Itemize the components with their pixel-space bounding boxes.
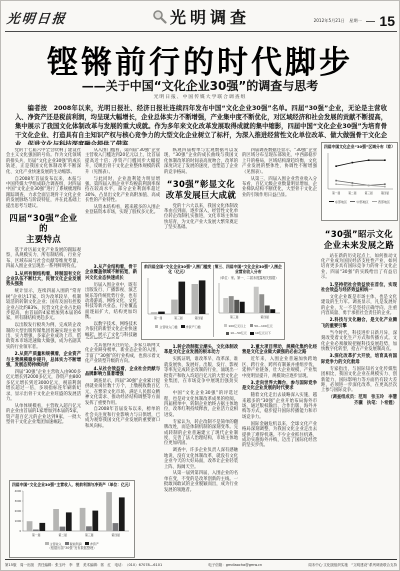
legend-swatch: [350, 201, 355, 202]
body-paragraph: 文化企业既是市场主体，也是文化建设的生力军。调查显示，凡是发展好的企业，无一不是…: [321, 295, 397, 317]
chart-legend-item: 10—50亿元: [226, 331, 247, 335]
body-paragraph: 中国“文化企业30强”的评选过程，也是对文化体制改革成果的检阅。四届榜单中，转制…: [164, 391, 238, 418]
legend-swatch: [329, 201, 334, 202]
numbered-lead: 1.从所有制结构看，转制国有文化企业队伍不断壮大，民营文化企业发展势头强劲: [6, 272, 81, 288]
editor-note-text: 编者按 2008年以来，光明日报社、经济日报社连续四年发布中国“文化企业30强”…: [15, 104, 387, 145]
chart-divider: [213, 265, 214, 337]
svg-text:第四届: 第四届: [112, 533, 121, 537]
body-paragraph: 纵观四届榜单与宏观数据可以发现，“30强”企业的成长曲线与我国文化体制改革的时间…: [164, 148, 238, 175]
chart-middle-box: 前四届全国“文化企业30强”入围门槛变化（亿元）第一届第三届第四届主营收入门槛净…: [141, 262, 285, 340]
section-heading-line: 主要特点: [6, 234, 81, 245]
chart-subtitle: （单位：家。第一、二届未披露相关数据）: [215, 276, 283, 280]
chart-legend-item: 100亿元以上: [224, 324, 246, 328]
chart-region-distribution: 四届中国文化企业“30强”区域分布（家）第一届第二届第三届第四届东部地区中部地区…: [321, 142, 398, 221]
chart-legend-item: 10亿元以下: [250, 331, 270, 335]
text-column-3-top: 纵观四届榜单与宏观数据可以发现，“30强”企业的成长曲线与我国文化体制改革的时间…: [164, 148, 238, 260]
body-paragraph: 以数字技术、网络技术为依托的新型文化企业快速崛起，展示了文化与科技融合发展的广阔…: [85, 322, 137, 339]
body-paragraph: 与此同时，企业盈利能力明显增强。第四届入围企业平均税前利润率保持在较高水平，部分…: [85, 177, 160, 204]
legend-label: 100亿元以上: [228, 324, 246, 328]
legend-swatch: [155, 325, 159, 328]
date-text: 2012年5月21日: [314, 18, 345, 23]
legend-swatch: [181, 325, 185, 328]
body-paragraph: 统计显示，连续四届入围的“常青树”企业达17家，均为改革较早、机制较活的转制文化…: [6, 289, 81, 321]
numbered-lead: 2.从资产质量和规模看，企业资产与主营规模稳步提升，总体实力不断增强，发展态势持…: [6, 352, 81, 368]
body-paragraph: 调查显示，四届“30强”企业累计提供就业岗位数十万个，上缴税收数百亿元，在繁荣文…: [85, 379, 160, 406]
page-header: 光明日报 光明调查 2012年5月21日 星期一 15: [5, 4, 397, 32]
section-heading-line: 改革发展巨大成就: [164, 190, 238, 201]
text-column-2-bottom: 尤其值得关注的是，多家互联网文化企业跻身榜单，新业态企业的入围，丰富了“30强”…: [85, 343, 160, 478]
signature-line: （调查组成员：范周 张玉玲 李慧 齐骥 执笔：卜希霆）: [321, 395, 397, 406]
body-paragraph: 专家认为，转企改制不是简单的翻牌改姓，而是体制机制的深刻变革。完成转制的企业普遍…: [164, 420, 238, 447]
legend-swatch: [250, 324, 254, 327]
page-number: 15: [379, 13, 395, 29]
numbered-lead: 4.从社会效益看，企业社会贡献与品牌影响力显著增强: [85, 367, 160, 378]
headline-subtitle: ——关于中国“文化企业30强”的调查与思考: [1, 77, 399, 94]
numbered-lead: 3.从产业结构看，骨干企业覆盖领域不断拓宽，新兴文化业态快速成长: [85, 265, 137, 281]
body-paragraph: 自2008年首届发布以来，本报与中国传媒大学组成联合调查组，对四届中国“文化企业…: [6, 177, 81, 209]
body-paragraph: 以出版发行板块为例，完成转企改制的大型出版传媒集团普遍实现主业突出、实力增强，多…: [6, 323, 81, 350]
svg-text:0: 0: [20, 529, 22, 533]
legend-swatch: [226, 332, 230, 335]
divider-line: [366, 21, 375, 22]
text-column-1: 党的十七届六中全会吹响了建设社会主义文化强国的号角。作为文化领域的排头兵，历届“…: [6, 148, 81, 478]
dateline: 2012年5月21日 星期一 15: [314, 13, 395, 29]
svg-text:第三届: 第三届: [174, 315, 183, 319]
legend-label: 50—100亿元: [254, 324, 273, 328]
numbered-lead: 2.科技与文化融合，是文化产业腾飞的重要引擎: [321, 318, 397, 329]
body-paragraph: 从单体规模看，主营收入超百亿元的企业由首届的1家增加到本届的5家，资产超百亿元的…: [6, 404, 81, 426]
text-column-2-top: 从入围门槛看，第四届“30强”企业主营收入门槛达到20亿元以上，比首届提高近十倍…: [85, 148, 160, 260]
section-heading-line: “30强”昭示文化: [321, 229, 397, 240]
numbered-lead: 3.深化改革扩大开放，培育具有国际竞争力的文化航母: [321, 354, 397, 365]
chart-finance-indicators: 四届中国“文化企业30强”主营收入、税前利润与净资产（单位：亿元）0100020…: [9, 480, 135, 558]
body-paragraph: 近年来，入围企业普遍加快跨地区、跨行业、跨所有制兼并重组步伐，延伸产业链条，壮大…: [242, 357, 317, 379]
section-title: 光明调查: [170, 8, 250, 27]
section-heading: “30强”昭示文化企业未来发展之路: [321, 229, 397, 250]
legend-label: 主营收入门槛: [159, 325, 177, 329]
body-paragraph: 四届“30强”企业主营收入由900多亿元增长到2000多亿元，净资产由800多亿…: [6, 370, 81, 402]
text-column-3-bottom: 1.转企改制挺立潮头，文化体制改革是文化企业发展的根本动力实践证明，谁改革早、改…: [164, 343, 238, 557]
svg-text:第二届: 第二届: [59, 533, 68, 537]
legend-label: 净资产门槛: [186, 325, 201, 329]
body-paragraph: 历届入围企业中，既有出版发行、广播影视、演艺娱乐等传统优势行业，也有动漫游戏、网…: [85, 283, 137, 321]
body-paragraph: 尤其值得关注的是，多家互联网文化企业跻身榜单，新业态企业的入围，丰富了“30强”…: [85, 343, 160, 365]
body-paragraph: 党的十七届六中全会吹响了建设社会主义文化强国的号角。作为文化领域的排头兵，历届“…: [6, 148, 81, 175]
weekday-text: 星期一: [349, 18, 362, 23]
text-column-4-top: 四届调查数据还显示，“30强”企业的区域分布呈现东部领先、中西部稳步上升的格局，…: [242, 148, 317, 260]
chart-legend-item: 50—100亿元: [250, 324, 273, 328]
svg-text:第四届: 第四届: [381, 191, 389, 195]
chart-legend: 主营收入门槛净资产门槛: [144, 325, 212, 329]
text-column-4-bottom: 2.重大项目带动，规模化集约化经营是文化企业做大做强的必由之路近年来，入围企业普…: [242, 343, 317, 557]
footer-email: 电子信箱：gmdiaocha@gmw.cn: [208, 563, 262, 568]
section-heading: 四届“30强”企业的主要特点: [6, 213, 81, 245]
footer-right: 周末中心·文化版组织实施 “文明建设”系列调查联合支持: [308, 563, 397, 568]
main-headline: 铿锵前行的时代脚步: [1, 37, 399, 82]
body-paragraph: 从第一届到第四届，入围企业的名单在变，不变的是改革创新的主线。一批敢闯敢试的企业…: [164, 471, 238, 493]
chart-revenue-distribution: 第三、四届中国“文化企业30强”入围企业营业收入分布（单位：家。第一、二届未披露…: [215, 265, 283, 337]
body-paragraph: 当今时代，科技进步日新月异，深刻改变着文化生产方式和传播方式。文化企业必须敏锐把…: [321, 331, 397, 353]
body-paragraph: 从资本结构看，越来越多的入围企业登陆资本市场，实现了股权多元化。: [85, 205, 160, 216]
legend-label: 西部地区: [378, 200, 390, 204]
chart-legend-item: 主营收入门槛: [155, 325, 178, 329]
numbered-lead: 1.转企改制挺立潮头，文化体制改革是文化企业发展的根本动力: [164, 345, 238, 356]
chart-legend: 100亿元以上50—100亿元10—50亿元10亿元以下: [215, 324, 283, 336]
svg-text:4000: 4000: [15, 489, 22, 493]
body-paragraph: 随着文化走出去战略深入实施，越来越多的“30强”企业开始布局海外市场，通过版权输…: [242, 393, 317, 420]
chart-legend-item: 东部地区: [329, 200, 347, 204]
chart-title: 第三、四届中国“文化企业30强”入围企业营业收入分布: [215, 265, 283, 275]
body-paragraph: 调查中，许多企业负责人深有感触地说，没有文化体制改革，就没有文化企业今天的大好局…: [164, 448, 238, 470]
svg-text:第四届: 第四届: [260, 314, 269, 318]
svg-text:第三届: 第三届: [85, 533, 94, 537]
section-heading-line: 四届“30强”企业的: [6, 213, 81, 234]
svg-text:2000: 2000: [15, 509, 22, 513]
chart-legend-item: 西部地区: [372, 200, 390, 204]
magnifier-icon: [152, 9, 167, 24]
svg-text:1000: 1000: [15, 519, 22, 523]
body-paragraph: 四届调查数据还显示，“30强”企业的区域分布呈现东部领先、中西部稳步上升的格局，…: [242, 148, 317, 175]
legend-label: 10亿元以下: [255, 331, 271, 335]
legend-swatch: [65, 542, 69, 545]
body-paragraph: 基于对历届文化产业发展的跟踪观察，从规模实力、所有制结构、行业分布、区域布局与社…: [6, 248, 81, 270]
chart-title: 四届中国“文化企业30强”主营收入、税前利润与净资产（单位：亿元）: [12, 483, 132, 488]
body-paragraph: 实践证明，谁改革早、改革深，谁就发展快、发展好。出版、发行、影视等率先完成转企改…: [164, 357, 238, 389]
body-paragraph: 站在新的历史起点上，如何推动文化产业成为国民经济支柱性产业，如何培育更多具有国际…: [321, 254, 397, 281]
editor-note: 编者按 2008年以来，光明日报社、经济日报社连续四年发布中国“文化企业30强”…: [15, 104, 387, 145]
byline: 光明日报、中国传媒大学联合调查组: [1, 93, 399, 100]
body-paragraph: 从第三、四届入围企业营业收入分布看，百亿元级企业数量明显增加，企业梯队结构不断优…: [242, 177, 317, 199]
section-heading: “30强”彰显文化改革发展巨大成就: [164, 179, 238, 200]
page-footer: 第15版 周一出版 责任编辑：张玉玲 李 慧 美术编辑：郭 红 电话：（010）…: [5, 559, 397, 568]
chart-note: （根据历届“30强”发布数据整理）: [12, 546, 132, 550]
footer-left: 第15版 周一出版 责任编辑：张玉玲 李 慧 美术编辑：郭 红 电话：（010）…: [5, 563, 162, 568]
body-paragraph: 党的十六大以来，我国文化体制改革由点到面、逐步深入，经营性文化单位转企改制扎实推…: [164, 204, 238, 231]
legend-swatch: [85, 542, 89, 545]
body-paragraph: 自2008年首届发布以来，榜单的社会关注度和行业影响力与日俱增，已成为观察我国文…: [85, 407, 160, 429]
legend-swatch: [224, 324, 228, 327]
legend-label: 中部地区: [356, 200, 368, 204]
chart-legend: 东部地区中部地区西部地区: [324, 200, 395, 204]
legend-swatch: [45, 542, 49, 545]
chart-legend-item: 净资产门槛: [181, 325, 201, 329]
legend-label: 东部地区: [335, 200, 347, 204]
svg-text:第一届: 第一届: [32, 533, 41, 537]
body-paragraph: 专家指出，与国际知名文化传媒集团相比，我国文化企业在规模实力、创新能力、国际影响…: [321, 367, 397, 394]
numbered-lead: 2.重大项目带动，规模化集约化经营是文化企业做大做强的必由之路: [242, 345, 317, 356]
svg-text:第四届: 第四届: [195, 315, 204, 319]
svg-text:第一届: 第一届: [154, 315, 163, 319]
numbered-lead: 1.坚持把社会效益放在首位，实现社会效益与经济效益相统一: [321, 283, 397, 294]
text-column-2-beside-chart: 3.从产业结构看，骨干企业覆盖领域不断拓宽，新兴文化业态快速成长历届入围企业中，…: [85, 263, 137, 339]
svg-text:3000: 3000: [15, 499, 22, 503]
chart-entry-threshold: 前四届全国“文化企业30强”入围门槛变化（亿元）第一届第三届第四届主营收入门槛净…: [144, 265, 212, 337]
legend-swatch: [250, 332, 254, 335]
svg-text:第三届: 第三届: [365, 191, 373, 195]
numbered-lead: 3.走向世界大舞台，参与国际竞争是文化企业发展的时代要求: [242, 381, 317, 392]
section-heading-line: “30强”彰显文化: [164, 179, 238, 190]
chart-legend-item: 中部地区: [350, 200, 368, 204]
chart-title: 四届中国文化企业“30强”区域分布（家）: [324, 145, 395, 150]
newspaper-page: 光明日报 光明调查 2012年5月21日 星期一 15 铿锵前行的时代脚步 ——…: [0, 0, 400, 571]
chart-title: 前四届全国“文化企业30强”入围门槛变化（亿元）: [144, 265, 212, 275]
svg-text:第二届: 第二届: [348, 191, 356, 195]
text-column-5: “30强”昭示文化企业未来发展之路站在新的历史起点上，如何推动文化产业成为国民经…: [321, 225, 397, 557]
legend-swatch: [372, 201, 377, 202]
section-heading-line: 企业未来发展之路: [321, 240, 397, 251]
svg-text:第一届: 第一届: [332, 191, 340, 195]
body-paragraph: 从入围门槛看，第四届“30强”企业主营收入门槛达到20亿元以上，比首届提高近十倍…: [85, 148, 160, 175]
svg-text:第三届: 第三届: [230, 314, 239, 318]
legend-label: 10—50亿元: [230, 331, 247, 335]
body-paragraph: 国际金融危机以来，全球文化产业格局深刻调整，为我国文化企业走出去提供了难得机遇。…: [242, 422, 317, 449]
